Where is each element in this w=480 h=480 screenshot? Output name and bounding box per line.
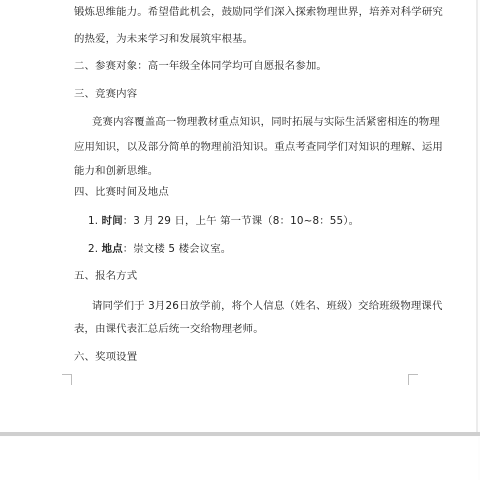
section-6-heading: 六、奖项设置	[74, 348, 137, 363]
section-3-line-3: 能力和创新思维。	[74, 162, 158, 177]
section-3-line-1: 竞赛内容覆盖高一物理教材重点知识，同时拓展与实际生活紧密相连的物理	[92, 113, 440, 128]
section-5-line-2: 表，由课代表汇总后统一交给物理老师。	[74, 320, 264, 335]
paragraph-intro-line-2: 的热爱，为未来学习和发展筑牢根基。	[74, 30, 253, 45]
section-4-item-location: 2. 地点：崇文楼 5 楼会议室。	[88, 240, 231, 255]
next-document-page[interactable]	[0, 437, 478, 480]
section-3-heading: 三、竞赛内容	[74, 85, 137, 100]
document-page[interactable]: 锻炼思维能力。希望借此机会，鼓励同学们深入探索物理世界，培养对科学研究 的热爱，…	[0, 0, 478, 432]
location-value: ：崇文楼 5 楼会议室。	[123, 243, 232, 255]
section-2-participants: 二、参赛对象：高一年级全体同学均可自愿报名参加。	[74, 57, 327, 72]
document-viewport[interactable]: 锻炼思维能力。希望借此机会，鼓励同学们深入探索物理世界，培养对科学研究 的热爱，…	[0, 0, 480, 480]
section-3-line-2: 应用知识，以及部分简单的物理前沿知识。重点考查同学们对知识的理解、运用	[74, 138, 443, 153]
time-label: 时间	[102, 215, 123, 227]
section-5-line-1: 请同学们于 3月26日放学前，将个人信息（姓名、班级）交给班级物理课代	[92, 297, 443, 312]
list-number: 2.	[88, 243, 98, 255]
page-break-separator	[0, 432, 480, 436]
margin-corner-mark-left	[62, 374, 72, 385]
paragraph-intro-line-1: 锻炼思维能力。希望借此机会，鼓励同学们深入探索物理世界，培养对科学研究	[74, 3, 443, 18]
list-number: 1.	[88, 215, 98, 227]
page-right-edge	[476, 0, 478, 432]
margin-corner-mark-right	[408, 374, 418, 385]
section-5-heading: 五、报名方式	[74, 267, 137, 282]
location-label: 地点	[102, 243, 123, 255]
section-4-heading: 四、比赛时间及地点	[74, 183, 169, 198]
time-value: ：3 月 29 日，上午 第一节课（8：10~8：55）。	[123, 215, 359, 227]
section-4-item-time: 1. 时间：3 月 29 日，上午 第一节课（8：10~8：55）。	[88, 212, 359, 227]
